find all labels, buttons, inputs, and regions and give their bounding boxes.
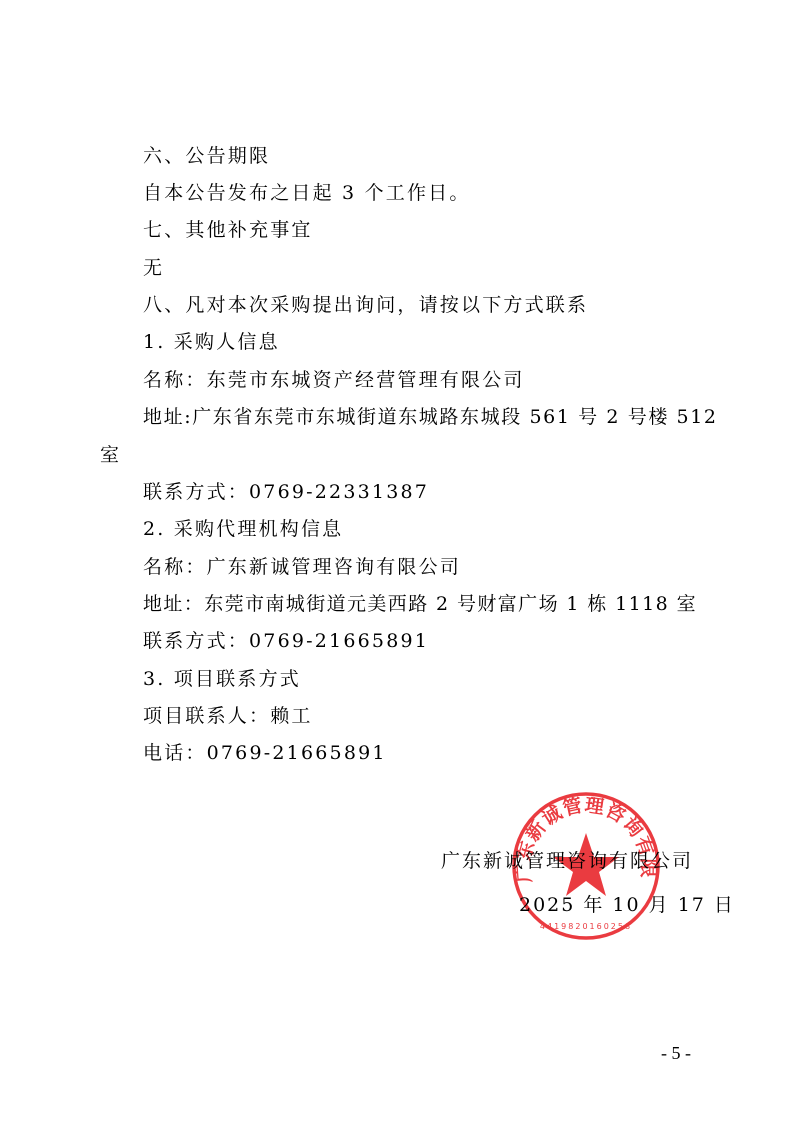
svg-text:4419820160258: 4419820160258 xyxy=(540,922,632,931)
other-matters-text: 无 xyxy=(143,256,164,280)
agency-name: 名称：广东新诚管理咨询有限公司 xyxy=(143,555,461,579)
purchaser-heading: 1. 采购人信息 xyxy=(143,330,280,354)
section-heading-inquiry-contact: 八、凡对本次采购提出询问，请按以下方式联系 xyxy=(143,293,588,317)
page-number: - 5 - xyxy=(661,1043,691,1064)
purchaser-address-continued: 室 xyxy=(100,443,121,467)
purchaser-contact: 联系方式：0769-22331387 xyxy=(143,480,429,504)
section-heading-announcement-period: 六、公告期限 xyxy=(143,144,270,168)
agency-address: 地址：东莞市南城街道元美西路 2 号财富广场 1 栋 1118 室 xyxy=(143,592,697,616)
purchaser-address: 地址:广东省东莞市东城街道东城路东城段 561 号 2 号楼 512 xyxy=(143,405,718,429)
project-contact-heading: 3. 项目联系方式 xyxy=(143,667,301,691)
signature-company: 广东新诚管理咨询有限公司 xyxy=(441,849,693,873)
agency-heading: 2. 采购代理机构信息 xyxy=(143,517,343,541)
section-heading-other-matters: 七、其他补充事宜 xyxy=(143,218,313,242)
announcement-period-text: 自本公告发布之日起 3 个工作日。 xyxy=(143,181,471,205)
agency-contact: 联系方式：0769-21665891 xyxy=(143,629,429,653)
signature-date: 2025 年 10 月 17 日 xyxy=(519,893,735,917)
project-contact-person: 项目联系人：赖工 xyxy=(143,704,313,728)
project-phone: 电话：0769-21665891 xyxy=(143,741,387,765)
document-page: 六、公告期限 自本公告发布之日起 3 个工作日。 七、其他补充事宜 无 八、凡对… xyxy=(0,0,793,1122)
purchaser-name: 名称：东莞市东城资产经营管理有限公司 xyxy=(143,368,525,392)
